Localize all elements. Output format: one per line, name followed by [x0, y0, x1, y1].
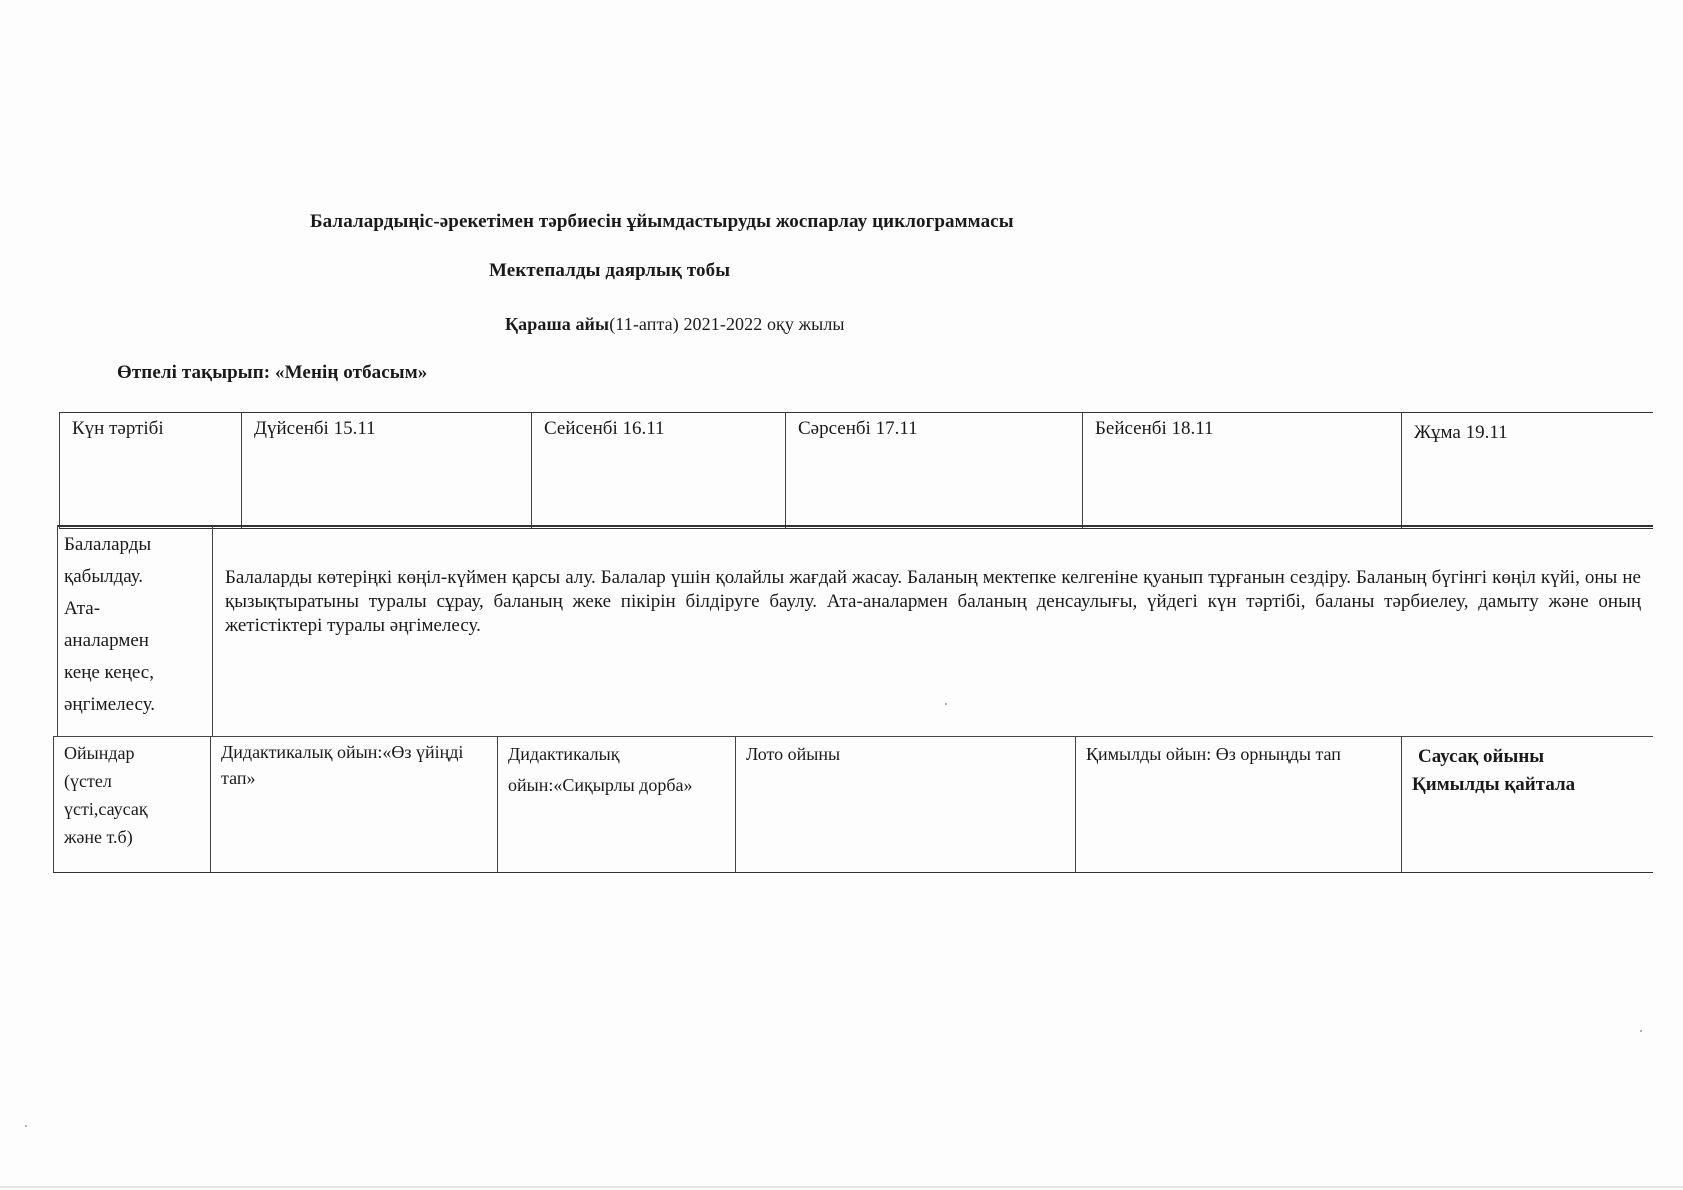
- reception-description: Балаларды көтеріңкі көңіл-күймен қарсы а…: [213, 527, 1653, 737]
- label-line: Балаларды: [64, 529, 206, 561]
- scan-speck: [1640, 1030, 1642, 1032]
- friday-game-line-2: Қимылды қайтала: [1412, 774, 1575, 795]
- header-cell-tuesday: Сейсенбі 16.11: [532, 413, 786, 528]
- group-heading: Мектепалды даярлық тобы: [489, 260, 730, 282]
- scan-speck: [945, 703, 947, 705]
- games-cell-tuesday: Дидактикалық ойын:«Сиқырлы дорба»: [498, 737, 736, 872]
- scan-edge-line: [0, 1186, 1683, 1188]
- label-line: Ата-: [64, 593, 206, 625]
- header-cell-thursday: Бейсенбі 18.11: [1083, 413, 1402, 528]
- document-title: Балалардыңіс-әрекетімен тәрбиесін ұйымда…: [310, 211, 1014, 233]
- scanned-page: Балалардыңіс-әрекетімен тәрбиесін ұйымда…: [0, 0, 1683, 1190]
- header-cell-monday: Дүйсенбі 15.11: [242, 413, 532, 528]
- games-cell-thursday: Қимылды ойын: Өз орныңды тап: [1076, 737, 1402, 872]
- label-line: және т.б): [64, 823, 200, 851]
- table-header-row: Күн тәртібі Дүйсенбі 15.11 Сейсенбі 16.1…: [59, 412, 1653, 529]
- label-line: қабылдау.: [64, 561, 206, 593]
- label-line: үсті,саусақ: [64, 795, 200, 823]
- label-line: кеңе кеңес,: [64, 657, 206, 689]
- header-cell-wednesday: Сәрсенбі 17.11: [786, 413, 1083, 528]
- label-line: әңгімелесу.: [64, 689, 206, 721]
- label-line: (үстел: [64, 767, 200, 795]
- label-line: Ойындар: [64, 739, 200, 767]
- table-row-reception: Балаларды қабылдау. Ата- аналармен кеңе …: [57, 525, 1653, 737]
- table-row-games: Ойындар (үстел үсті,саусақ және т.б) Дид…: [53, 736, 1653, 873]
- row-label-games: Ойындар (үстел үсті,саусақ және т.б): [54, 737, 211, 872]
- theme-heading: Өтпелі тақырып: «Менің отбасым»: [117, 362, 427, 384]
- games-cell-friday: Саусақ ойыны Қимылды қайтала: [1402, 737, 1653, 872]
- games-cell-wednesday: Лото ойыны: [736, 737, 1076, 872]
- period-heading: Қараша айы(11-апта) 2021-2022 оқу жылы: [505, 314, 845, 335]
- period-month: Қараша айы: [505, 314, 609, 334]
- period-rest: (11-апта) 2021-2022 оқу жылы: [609, 314, 844, 334]
- friday-game-line-1: Саусақ ойыны: [1412, 743, 1643, 771]
- row-label-reception: Балаларды қабылдау. Ата- аналармен кеңе …: [58, 527, 213, 737]
- header-cell-schedule: Күн тәртібі: [60, 413, 242, 528]
- games-cell-monday: Дидактикалық ойын:«Өз үйіңді тап»: [211, 737, 498, 872]
- label-line: аналармен: [64, 625, 206, 657]
- header-cell-friday: Жұма 19.11: [1402, 413, 1653, 528]
- scan-speck: [25, 1125, 27, 1127]
